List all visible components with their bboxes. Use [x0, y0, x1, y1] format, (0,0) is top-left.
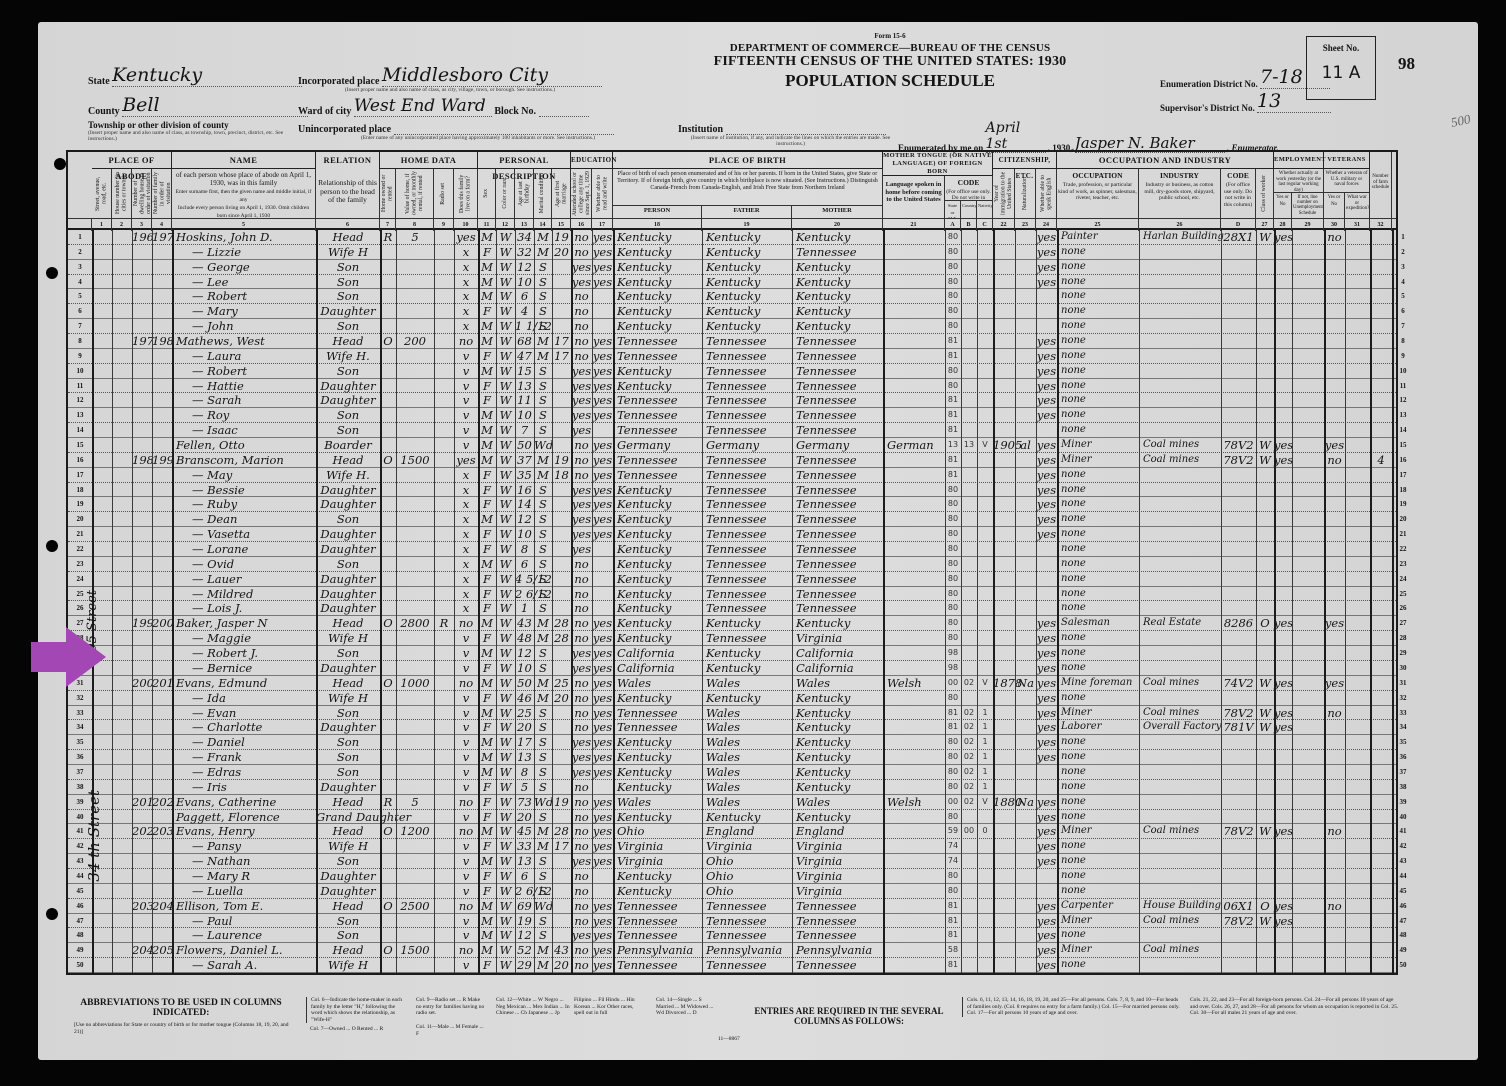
- table-row: 10— RobertSonvMW15SyesyesKentuckyTenness…: [68, 364, 1396, 379]
- cell-marital: M: [534, 349, 552, 363]
- cell-read: [592, 423, 613, 437]
- cell-industry: [1139, 245, 1221, 259]
- cell-mother: Tennessee: [792, 393, 883, 407]
- cell-race: W: [496, 275, 515, 289]
- cell-unemp: [1292, 914, 1324, 928]
- cell-school: no: [571, 631, 592, 645]
- cell-code-a: 80: [945, 289, 961, 303]
- cell-marital: Wd: [534, 795, 552, 809]
- cell-tongue: [883, 260, 945, 274]
- cell-tongue: [883, 393, 945, 407]
- cell-industry: [1139, 572, 1221, 586]
- cell-occupation: none: [1057, 334, 1139, 348]
- cell-birth: Tennessee: [613, 468, 702, 482]
- cell-marital: S: [534, 512, 552, 526]
- cell-school: yes: [571, 408, 592, 422]
- cell-unemp: [1292, 453, 1324, 467]
- cell-veteran: [1324, 393, 1345, 407]
- cell-industry: [1139, 661, 1221, 675]
- cell-code-a: 59: [945, 824, 961, 838]
- cell-tongue: [883, 542, 945, 556]
- ward-value: West End Ward: [354, 96, 492, 117]
- cell-industry: Coal mines: [1139, 824, 1221, 838]
- cell-farm: no: [454, 616, 478, 630]
- cell-father: Ohio: [702, 869, 792, 883]
- cell-sex: M: [478, 676, 496, 690]
- cell-family: 205: [152, 943, 172, 957]
- cell-father: Kentucky: [702, 661, 792, 675]
- grid-line: [1345, 230, 1346, 973]
- cell-natur: [1015, 884, 1036, 898]
- cell-name: — George: [172, 260, 316, 274]
- cell-war: [1345, 275, 1370, 289]
- cell-english: yes: [1036, 379, 1057, 393]
- cell-occupation: none: [1057, 557, 1139, 571]
- cell-birth: Tennessee: [613, 928, 702, 942]
- cell-farm-sched: [1370, 661, 1392, 675]
- cell-name: — Daniel: [172, 735, 316, 749]
- cell-dwelling: [132, 468, 152, 482]
- cell-code-c: [977, 914, 993, 928]
- cell-read: yes: [592, 839, 613, 853]
- cell-value: 1500: [396, 943, 434, 957]
- cell-owned: [380, 839, 396, 853]
- cell-natur: [1015, 483, 1036, 497]
- punch-hole: [46, 267, 58, 279]
- cell-name: — Iris: [172, 780, 316, 794]
- cell-code-b: [961, 661, 977, 675]
- cell-unemp: [1292, 780, 1324, 794]
- cell-father: Wales: [702, 750, 792, 764]
- cell-natur: [1015, 943, 1036, 957]
- cell-race: W: [496, 349, 515, 363]
- cell-code-a: 80: [945, 616, 961, 630]
- cell-school: no: [571, 706, 592, 720]
- cell-code-c: [977, 364, 993, 378]
- cell-radio: [434, 260, 454, 274]
- cell-read: yes: [592, 810, 613, 824]
- cell-line: 50: [1392, 958, 1414, 972]
- cell-class: [1256, 631, 1274, 645]
- cell-code-d: [1221, 884, 1256, 898]
- cell-value: [396, 720, 434, 734]
- cell-father: Tennessee: [702, 497, 792, 511]
- cell-code-c: [977, 453, 993, 467]
- cell-line: 49: [68, 943, 92, 957]
- grid-line: [478, 230, 480, 973]
- cell-sex: F: [478, 587, 496, 601]
- cell-code-c: [977, 810, 993, 824]
- cell-owned: [380, 260, 396, 274]
- cell-occupation: none: [1057, 884, 1139, 898]
- cell-natur: [1015, 379, 1036, 393]
- cell-age: 34: [515, 230, 534, 244]
- cell-race: W: [496, 245, 515, 259]
- cell-immig: [993, 631, 1015, 645]
- cell-tongue: [883, 468, 945, 482]
- cell-age: 12: [515, 928, 534, 942]
- cell-value: 2800: [396, 616, 434, 630]
- cell-code-c: [977, 557, 993, 571]
- grid-line: [977, 230, 978, 973]
- cell-owned: [380, 810, 396, 824]
- cell-war: [1345, 245, 1370, 259]
- cell-relation: Son: [316, 260, 380, 274]
- cell-war: [1345, 587, 1370, 601]
- cell-industry: [1139, 334, 1221, 348]
- cell-at-work: [1274, 928, 1292, 942]
- cell-mother: Tennessee: [792, 601, 883, 615]
- cell-name: — Lorane: [172, 542, 316, 556]
- cell-line: 15: [68, 438, 92, 452]
- cell-immig: [993, 497, 1015, 511]
- cell-owned: [380, 319, 396, 333]
- cell-value: 1200: [396, 824, 434, 838]
- cell-immig: [993, 572, 1015, 586]
- cell-tongue: [883, 750, 945, 764]
- cell-immig: [993, 275, 1015, 289]
- cell-dwelling: [132, 691, 152, 705]
- cell-name: — Evan: [172, 706, 316, 720]
- cell-father: Ohio: [702, 884, 792, 898]
- cell-age: 10: [515, 275, 534, 289]
- cell-age-marr: [552, 319, 571, 333]
- cell-relation: Wife H: [316, 631, 380, 645]
- cell-line: 4: [1392, 275, 1414, 289]
- cell-dwelling: [132, 958, 152, 972]
- cell-school: no: [571, 289, 592, 303]
- cell-relation: Son: [316, 512, 380, 526]
- cell-line: 32: [1392, 691, 1414, 705]
- cell-age: 7: [515, 423, 534, 437]
- table-row: 33— EvanSonvMW25SnoyesTennesseeWalesKent…: [68, 706, 1396, 721]
- cell-mother: Kentucky: [792, 780, 883, 794]
- cell-race: W: [496, 869, 515, 883]
- abbreviations-title: ABBREVIATIONS TO BE USED IN COLUMNS INDI…: [66, 998, 296, 1018]
- cell-war: [1345, 795, 1370, 809]
- cell-race: W: [496, 587, 515, 601]
- cell-father: Wales: [702, 735, 792, 749]
- cell-family: 200: [152, 616, 172, 630]
- cell-farm-sched: [1370, 824, 1392, 838]
- cell-natur: [1015, 364, 1036, 378]
- cell-birth: Kentucky: [613, 275, 702, 289]
- cell-immig: [993, 587, 1015, 601]
- cell-code-a: 80: [945, 572, 961, 586]
- cell-family: 198: [152, 334, 172, 348]
- cell-tongue: [883, 646, 945, 660]
- cell-dwelling: 202: [132, 824, 152, 838]
- county-value: Bell: [122, 94, 308, 117]
- cell-code-c: [977, 304, 993, 318]
- cell-age: 10: [515, 661, 534, 675]
- cell-at-work: [1274, 557, 1292, 571]
- cell-owned: [380, 691, 396, 705]
- cell-school: no: [571, 572, 592, 586]
- cell-value: [396, 587, 434, 601]
- cell-age-marr: [552, 289, 571, 303]
- cell-industry: [1139, 839, 1221, 853]
- cell-occupation: Mine foreman: [1057, 676, 1139, 690]
- cell-radio: [434, 810, 454, 824]
- cell-marital: S: [534, 379, 552, 393]
- cell-industry: [1139, 497, 1221, 511]
- cell-mother: Kentucky: [792, 706, 883, 720]
- cell-code-d: [1221, 839, 1256, 853]
- cell-code-d: 78V2: [1221, 914, 1256, 928]
- cell-tongue: [883, 616, 945, 630]
- cell-at-work: yes: [1274, 706, 1292, 720]
- cell-farm-sched: [1370, 869, 1392, 883]
- cell-code-d: [1221, 735, 1256, 749]
- cell-name: Paggett, Florence: [172, 810, 316, 824]
- table-row: 14— IsaacSonvMW7SyesTennesseeTennesseeTe…: [68, 423, 1396, 438]
- cell-veteran: [1324, 483, 1345, 497]
- cell-unemp: [1292, 468, 1324, 482]
- cell-code-d: [1221, 750, 1256, 764]
- cell-race: W: [496, 230, 515, 244]
- cell-owned: [380, 706, 396, 720]
- cell-tongue: [883, 691, 945, 705]
- cell-name: — Lee: [172, 275, 316, 289]
- table-row: 11— HattieDaughtervFW13SyesyesKentuckyTe…: [68, 379, 1396, 394]
- cell-age-marr: [552, 601, 571, 615]
- cell-dwelling: [132, 260, 152, 274]
- cell-code-b: [961, 349, 977, 363]
- table-row: 21— VasettaDaughterxFW10SyesyesKentuckyT…: [68, 527, 1396, 542]
- cell-veteran: [1324, 260, 1345, 274]
- cell-natur: [1015, 601, 1036, 615]
- grid-line: [1036, 230, 1037, 973]
- cell-owned: [380, 572, 396, 586]
- cell-code-c: V: [977, 438, 993, 452]
- cell-read: yes: [592, 438, 613, 452]
- cell-relation: Wife H: [316, 245, 380, 259]
- cell-race: W: [496, 914, 515, 928]
- cell-tongue: Welsh: [883, 795, 945, 809]
- cell-farm-sched: [1370, 720, 1392, 734]
- cell-owned: [380, 869, 396, 883]
- grid-line: [380, 230, 382, 973]
- cell-owned: R: [380, 795, 396, 809]
- cell-dwelling: [132, 765, 152, 779]
- cell-veteran: [1324, 542, 1345, 556]
- cell-relation: Son: [316, 423, 380, 437]
- cell-owned: [380, 958, 396, 972]
- cell-code-b: [961, 527, 977, 541]
- cell-marital: M: [534, 453, 552, 467]
- cell-age: 69: [515, 899, 534, 913]
- cell-immig: [993, 601, 1015, 615]
- cell-code-c: [977, 542, 993, 556]
- table-row: 48— LaurenceSonvMW12SyesyesTennesseeTenn…: [68, 928, 1396, 943]
- cell-class: [1256, 512, 1274, 526]
- cell-marital: M: [534, 958, 552, 972]
- cell-code-c: [977, 661, 993, 675]
- cell-code-c: [977, 646, 993, 660]
- cell-radio: [434, 483, 454, 497]
- group-employment: EMPLOYMENT: [1274, 152, 1324, 169]
- cell-code-d: [1221, 795, 1256, 809]
- state-field: State Kentucky: [88, 64, 302, 87]
- cell-owned: [380, 512, 396, 526]
- cell-age-marr: [552, 720, 571, 734]
- cell-marital: M: [534, 676, 552, 690]
- cell-veteran: [1324, 512, 1345, 526]
- cell-line: 6: [68, 304, 92, 318]
- cell-read: yes: [592, 468, 613, 482]
- cell-sex: F: [478, 631, 496, 645]
- cell-father: Wales: [702, 780, 792, 794]
- group-mother-tongue: MOTHER TONGUE (OR NATIVE LANGUAGE) OF FO…: [883, 152, 993, 176]
- cell-war: [1345, 468, 1370, 482]
- cell-unemp: [1292, 423, 1324, 437]
- cell-immig: [993, 616, 1015, 630]
- cell-code-b: [961, 928, 977, 942]
- cell-age-marr: 28: [552, 824, 571, 838]
- cell-line: 34: [68, 720, 92, 734]
- cell-name: — John: [172, 319, 316, 333]
- cell-code-a: 81: [945, 914, 961, 928]
- cell-line: 27: [1392, 616, 1414, 630]
- cell-name: — Charlotte: [172, 720, 316, 734]
- cell-age: 17: [515, 735, 534, 749]
- cell-occupation: none: [1057, 423, 1139, 437]
- cell-mother: Kentucky: [792, 750, 883, 764]
- cell-occupation: none: [1057, 572, 1139, 586]
- cell-race: W: [496, 750, 515, 764]
- cell-code-d: [1221, 928, 1256, 942]
- cell-relation: Head: [316, 824, 380, 838]
- cell-family: [152, 914, 172, 928]
- cell-code-c: [977, 616, 993, 630]
- cell-tongue: [883, 423, 945, 437]
- cell-farm-sched: [1370, 780, 1392, 794]
- cell-english: yes: [1036, 453, 1057, 467]
- cell-farm: x: [454, 587, 478, 601]
- cell-code-b: [961, 691, 977, 705]
- cell-owned: [380, 438, 396, 452]
- cell-age: 6: [515, 557, 534, 571]
- cell-farm: x: [454, 260, 478, 274]
- cell-line: 20: [1392, 512, 1414, 526]
- cell-natur: [1015, 780, 1036, 794]
- cell-english: yes: [1036, 706, 1057, 720]
- cell-marital: S: [534, 542, 552, 556]
- cell-age-marr: 17: [552, 334, 571, 348]
- cell-radio: [434, 750, 454, 764]
- cell-radio: [434, 587, 454, 601]
- cell-code-b: [961, 319, 977, 333]
- page-number: 98: [1398, 54, 1415, 74]
- cell-code-b: [961, 483, 977, 497]
- cell-unemp: [1292, 527, 1324, 541]
- cell-tongue: [883, 557, 945, 571]
- cell-age-marr: [552, 661, 571, 675]
- cell-birth: Tennessee: [613, 334, 702, 348]
- table-row: 20— DeanSonxMW12SyesyesKentuckyTennessee…: [68, 512, 1396, 527]
- cell-code-a: 80: [945, 735, 961, 749]
- cell-war: [1345, 824, 1370, 838]
- cell-radio: [434, 527, 454, 541]
- cell-veteran: [1324, 319, 1345, 333]
- cell-class: [1256, 928, 1274, 942]
- cell-race: W: [496, 438, 515, 452]
- cell-dwelling: [132, 706, 152, 720]
- cell-school: no: [571, 676, 592, 690]
- cell-relation: Head: [316, 616, 380, 630]
- cell-code-b: 02: [961, 676, 977, 690]
- cell-code-b: [961, 379, 977, 393]
- cell-age-marr: [552, 914, 571, 928]
- cell-class: [1256, 884, 1274, 898]
- cell-unemp: [1292, 616, 1324, 630]
- cell-war: [1345, 706, 1370, 720]
- cell-farm: v: [454, 691, 478, 705]
- cell-at-work: [1274, 943, 1292, 957]
- cell-natur: [1015, 928, 1036, 942]
- cell-natur: [1015, 958, 1036, 972]
- cell-value: [396, 601, 434, 615]
- cell-owned: [380, 304, 396, 318]
- grid-line: [1057, 230, 1059, 973]
- cell-occupation: Salesman: [1057, 616, 1139, 630]
- grid-line: [152, 230, 153, 973]
- cell-code-d: [1221, 275, 1256, 289]
- cell-natur: [1015, 631, 1036, 645]
- cell-occupation: Miner: [1057, 943, 1139, 957]
- cell-farm: x: [454, 319, 478, 333]
- cell-code-d: 781V: [1221, 720, 1256, 734]
- cell-code-a: 74: [945, 854, 961, 868]
- cell-english: yes: [1036, 958, 1057, 972]
- cell-radio: [434, 408, 454, 422]
- cell-dwelling: [132, 289, 152, 303]
- cell-race: W: [496, 735, 515, 749]
- cell-industry: [1139, 527, 1221, 541]
- cell-age: 2 6/12: [515, 587, 534, 601]
- cell-race: W: [496, 646, 515, 660]
- cell-family: [152, 438, 172, 452]
- cell-age-marr: [552, 275, 571, 289]
- cell-race: W: [496, 497, 515, 511]
- cell-code-d: 8286: [1221, 616, 1256, 630]
- cell-code-c: [977, 319, 993, 333]
- cell-marital: S: [534, 661, 552, 675]
- cell-read: [592, 869, 613, 883]
- cell-race: W: [496, 958, 515, 972]
- cell-birth: Tennessee: [613, 720, 702, 734]
- cell-war: [1345, 512, 1370, 526]
- unincorporated-field: Unincorporated place (Enter name of any …: [298, 124, 658, 141]
- cell-birth: Ohio: [613, 824, 702, 838]
- cell-dwelling: [132, 423, 152, 437]
- cell-mother: Tennessee: [792, 364, 883, 378]
- cell-code-b: 02: [961, 706, 977, 720]
- cell-mother: California: [792, 661, 883, 675]
- cell-english: yes: [1036, 824, 1057, 838]
- cell-at-work: yes: [1274, 616, 1292, 630]
- cell-farm-sched: [1370, 795, 1392, 809]
- cell-mother: Virginia: [792, 839, 883, 853]
- cell-age: 4: [515, 304, 534, 318]
- cell-name: — Frank: [172, 750, 316, 764]
- cell-marital: M: [534, 824, 552, 838]
- cell-occupation: none: [1057, 587, 1139, 601]
- cell-veteran: [1324, 527, 1345, 541]
- cell-english: yes: [1036, 810, 1057, 824]
- cell-code-a: 81: [945, 423, 961, 437]
